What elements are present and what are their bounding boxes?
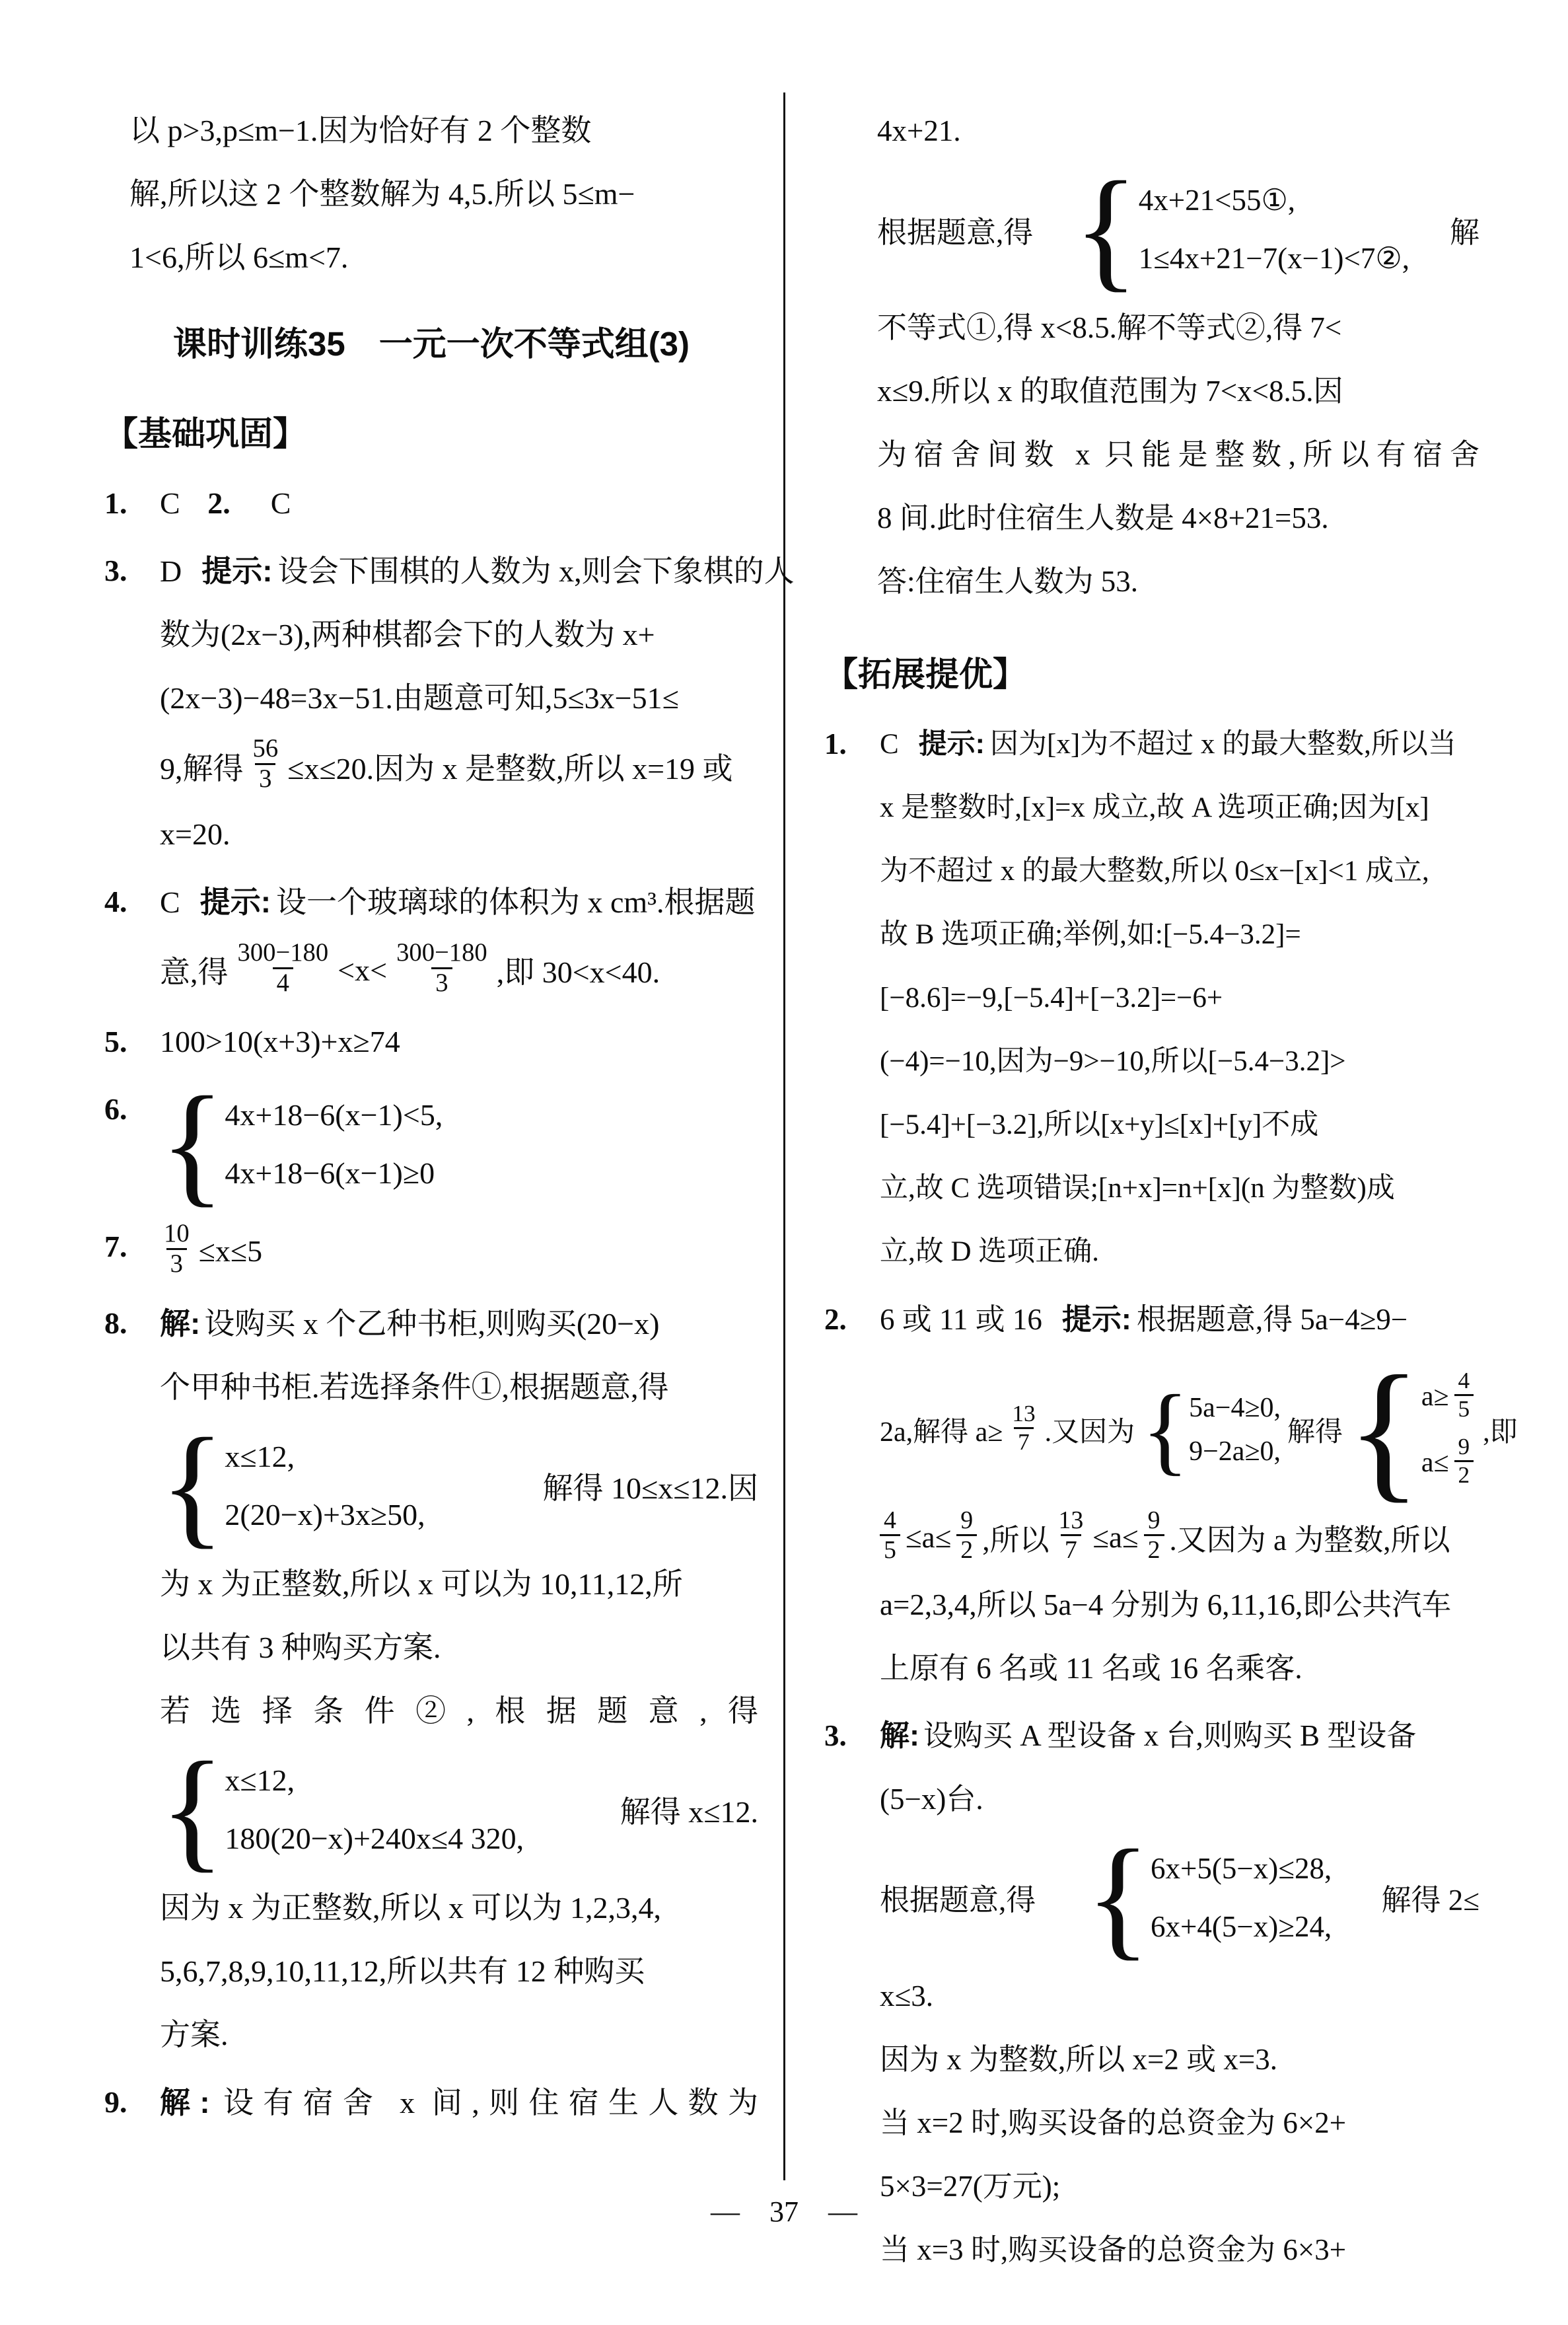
system-with-result: 根据题意,得 { 4x+21<55①, 1≤4x+21−7(x−1)<7②, 解 — [877, 168, 1479, 291]
system-row: 6x+4(5−x)≥24, — [1151, 1898, 1332, 1956]
result-text: 解得 10≤x≤12.因 — [543, 1464, 759, 1508]
item-body: 解:设购买 x 个乙种书柜,则购买(20−x) 个甲种书柜.若选择条件①,根据题… — [160, 1292, 758, 2067]
inequality-system: { 4x+21<55①, 1≤4x+21−7(x−1)<7②, — [1073, 168, 1409, 291]
text-line: x≤9.所以 x 的取值范围为 7<x<8.5.因 — [877, 359, 1479, 423]
inequality-system: { x≤12, 180(20−x)+240x≤4 320, — [160, 1748, 524, 1871]
result-text: 解 — [1450, 208, 1479, 251]
left-brace: { — [1347, 1359, 1421, 1500]
system-rows: 5a−4≥0, 9−2a≥0, — [1189, 1386, 1281, 1473]
text-line: x=20. — [160, 803, 758, 866]
item-number: 1. — [104, 472, 160, 535]
text-line: x≤3. — [880, 1964, 1479, 2028]
denominator: 2 — [956, 1534, 977, 1564]
text-line: x 是整数时,[x]=x 成立,故 A 选项正确;因为[x] — [880, 776, 1479, 840]
system-rows: a≥45 a≤92 — [1421, 1364, 1479, 1496]
item-number: 7. — [104, 1215, 160, 1278]
denominator: 2 — [1144, 1534, 1164, 1564]
item-body: C提示:设一个玻璃球的体积为 x cm³.根据题 意,得 300−1804 <x… — [160, 870, 758, 1007]
item-number: 3. — [824, 1704, 880, 1767]
numerator: 4 — [880, 1506, 900, 1534]
answer-item-4: 4. C提示:设一个玻璃球的体积为 x cm³.根据题 意,得 300−1804… — [104, 870, 758, 1007]
fraction: 92 — [1454, 1434, 1474, 1488]
text-segment: ,即 — [1483, 1410, 1518, 1450]
text-segment: .又因为 — [1045, 1410, 1135, 1450]
text-line: [−8.6]=−9,[−5.4]+[−3.2]=−6+ — [880, 967, 1479, 1030]
text-segment: 设有宿舍 x 间,则住宿生人数为 — [214, 2086, 758, 2120]
item-body: 6 或 11 或 16提示:根据题意,得 5a−4≥9− 2a,解得 a≥ 13… — [880, 1288, 1479, 1700]
math-line: 4x+21. — [877, 99, 1479, 163]
text-segment: <x< — [338, 953, 387, 988]
inequality-system: { x≤12, 2(20−x)+3x≥50, — [160, 1424, 425, 1547]
system-row: 4x+18−6(x−1)<5, — [225, 1086, 443, 1144]
column-divider — [783, 92, 785, 2180]
numerator: 9 — [1144, 1506, 1164, 1534]
carryover-paragraph: 以 p>3,p≤m−1.因为恰好有 2 个整数 解,所以这 2 个整数解为 4,… — [104, 99, 758, 289]
hint-text: 根据题意,得 5a−4≥9− — [1137, 1303, 1408, 1336]
numerator: 13 — [1054, 1506, 1087, 1534]
hint-label: 提示: — [1062, 1302, 1131, 1336]
system-row: 5a−4≥0, — [1189, 1386, 1281, 1430]
system-row: a≤92 — [1421, 1430, 1479, 1496]
text-segment: 2a,解得 a≥ — [880, 1410, 1003, 1450]
text-line: 因为 x 为正整数,所以 x 可以为 1,2,3,4, — [160, 1876, 758, 1940]
denominator: 3 — [431, 967, 452, 998]
math-line: 45 ≤a≤ 92 ,所以 137 ≤a≤ 92 .又因为 a 为整数,所以 — [880, 1508, 1479, 1567]
text-line: 数为(2x−3),两种棋都会下的人数为 x+ — [160, 603, 758, 667]
result-text: 解得 2≤ — [1382, 1876, 1479, 1919]
text-line: 解:设购买 A 型设备 x 台,则购买 B 型设备 — [880, 1704, 1479, 1767]
item-number: 2. — [207, 472, 263, 535]
solution-label: 解: — [880, 1718, 919, 1752]
math-line: 9,解得 563 ≤x≤20.因为 x 是整数,所以 x=19 或 — [160, 737, 758, 796]
text-line: 立,故 D 选项正确. — [880, 1220, 1479, 1284]
text-segment: 9,解得 — [160, 745, 244, 788]
fraction: 45 — [880, 1506, 900, 1565]
section-heading-advanced: 【拓展提优】 — [824, 646, 1479, 703]
system-row: 4x+21<55①, — [1139, 171, 1409, 229]
text-segment: 意,得 — [160, 948, 229, 992]
section-heading-basic: 【基础巩固】 — [104, 406, 758, 462]
text-line: 因为 x 为整数,所以 x=2 或 x=3. — [880, 2028, 1479, 2091]
item-9-continuation: 4x+21. 根据题意,得 { 4x+21<55①, 1≤4x+21−7(x−1… — [824, 99, 1479, 613]
answer-item-6: 6. { 4x+18−6(x−1)<5, 4x+18−6(x−1)≥0 — [104, 1078, 758, 1211]
text-segment: 解得 — [1287, 1410, 1343, 1450]
denominator: 5 — [880, 1534, 900, 1564]
inequality-system: { 6x+5(5−x)≤28, 6x+4(5−x)≥24, — [1086, 1836, 1332, 1959]
left-brace: { — [160, 1083, 225, 1206]
denominator: 7 — [1061, 1534, 1081, 1564]
text-line: 1<6,所以 6≤m<7. — [129, 226, 758, 289]
item-number: 6. — [104, 1078, 160, 1141]
text-segment: a≥ — [1421, 1364, 1449, 1430]
numerator: 56 — [249, 735, 283, 763]
denominator: 7 — [1014, 1427, 1034, 1456]
denominator: 5 — [1454, 1394, 1474, 1422]
answer-item-1-2: 1. C 2. C — [104, 472, 758, 535]
text-line: 当 x=2 时,购买设备的总资金为 6×2+ — [880, 2091, 1479, 2155]
system-row: 6x+5(5−x)≤28, — [1151, 1839, 1332, 1898]
numerator: 4 — [1454, 1368, 1474, 1394]
text-segment: 设购买 x 个乙种书柜,则购买(20−x) — [204, 1307, 659, 1341]
item-body: C提示:因为[x]为不超过 x 的最大整数,所以当 x 是整数时,[x]=x 成… — [880, 712, 1479, 1284]
item-number: 5. — [104, 1010, 160, 1074]
hint-text: 设会下围棋的人数为 x,则会下象棋的人 — [278, 554, 795, 588]
fraction: 563 — [249, 735, 283, 794]
text-segment: a≤ — [1421, 1430, 1449, 1496]
hint-text: 因为[x]为不超过 x 的最大整数,所以当 — [990, 729, 1456, 760]
text-line: C提示:因为[x]为不超过 x 的最大整数,所以当 — [880, 712, 1479, 776]
text-line: 若选择条件②,根据题意,得 — [160, 1679, 758, 1743]
left-brace: { — [1086, 1836, 1151, 1959]
text-line: 6 或 11 或 16提示:根据题意,得 5a−4≥9− — [880, 1288, 1479, 1351]
text-line: 立,故 C 选项错误;[n+x]=n+[x](n 为整数)成 — [880, 1157, 1479, 1220]
text-line: 个甲种书柜.若选择条件①,根据题意,得 — [160, 1356, 758, 1419]
fraction: 137 — [1008, 1401, 1039, 1455]
text-line: C提示:设一个玻璃球的体积为 x cm³.根据题 — [160, 870, 758, 934]
text-segment: ≤x≤20.因为 x 是整数,所以 x=19 或 — [287, 745, 732, 788]
numerator: 9 — [956, 1506, 977, 1534]
text-line: 解,所以这 2 个整数解为 4,5.所以 5≤m− — [129, 163, 758, 226]
item-body: { 4x+18−6(x−1)<5, 4x+18−6(x−1)≥0 — [160, 1083, 758, 1206]
system-with-result: { x≤12, 2(20−x)+3x≥50, 解得 10≤x≤12.因 — [160, 1424, 758, 1547]
answer-letter: C — [160, 486, 180, 520]
text-line: (2x−3)−48=3x−51.由题意可知,5≤3x−51≤ — [160, 667, 758, 730]
text-line: 解:设有宿舍 x 间,则住宿生人数为 — [160, 2071, 758, 2135]
item-number: 2. — [824, 1288, 880, 1351]
math-line: 100>10(x+3)+x≥74 — [160, 1010, 758, 1074]
answer-letter: D — [160, 554, 182, 588]
item-number: 3. — [104, 539, 160, 603]
answer-item-9: 9. 解:设有宿舍 x 间,则住宿生人数为 — [104, 2071, 758, 2135]
text-line: 为宿舍间数 x 只能是整数,所以有宿舍 — [877, 423, 1479, 486]
left-brace: { — [160, 1748, 225, 1871]
fraction: 137 — [1054, 1506, 1087, 1565]
right-column: 4x+21. 根据题意,得 { 4x+21<55①, 1≤4x+21−7(x−1… — [824, 99, 1479, 2285]
text-line: 以共有 3 种购买方案. — [160, 1616, 758, 1679]
page-number-footer: — 37 — — [0, 2195, 1568, 2229]
answer-item-8: 8. 解:设购买 x 个乙种书柜,则购买(20−x) 个甲种书柜.若选择条件①,… — [104, 1292, 758, 2067]
inequality-system: { 5a−4≥0, 9−2a≥0, — [1141, 1385, 1281, 1475]
item-number: 9. — [104, 2071, 160, 2134]
item-number: 1. — [824, 712, 880, 776]
text-segment: ≤a≤ — [1092, 1520, 1138, 1555]
numerator: 10 — [160, 1220, 194, 1248]
denominator: 4 — [273, 967, 293, 998]
lesson-title: 课时训练35 一元一次不等式组(3) — [104, 316, 758, 373]
fraction: 300−1804 — [234, 939, 333, 998]
text-segment: ,即 30<x<40. — [497, 948, 660, 992]
text-line: D提示:设会下围棋的人数为 x,则会下象棋的人 — [160, 539, 758, 603]
system-row: x≤12, — [225, 1752, 524, 1810]
advanced-item-1: 1. C提示:因为[x]为不超过 x 的最大整数,所以当 x 是整数时,[x]=… — [824, 712, 1479, 1284]
item-number: 4. — [104, 870, 160, 934]
system-rows: 6x+5(5−x)≤28, 6x+4(5−x)≥24, — [1151, 1839, 1332, 1956]
answer-item-7: 7. 103 ≤x≤5 — [104, 1215, 758, 1288]
fraction: 103 — [160, 1220, 194, 1279]
fraction: 300−1803 — [392, 939, 491, 998]
hint-label: 提示: — [201, 554, 272, 588]
system-row: 180(20−x)+240x≤4 320, — [225, 1810, 524, 1868]
answer-letter: C — [160, 885, 180, 919]
system-with-result: { x≤12, 180(20−x)+240x≤4 320, 解得 x≤12. — [160, 1748, 758, 1871]
text-line: 5,6,7,8,9,10,11,12,所以共有 12 种购买 — [160, 1940, 758, 2003]
answer-letter: C — [271, 486, 291, 520]
solution-label: 解: — [160, 1306, 200, 1341]
text-line: 上原有 6 名或 11 名或 16 名乘客. — [880, 1637, 1479, 1700]
text-line: 以 p>3,p≤m−1.因为恰好有 2 个整数 — [129, 99, 758, 163]
advanced-item-2: 2. 6 或 11 或 16提示:根据题意,得 5a−4≥9− 2a,解得 a≥… — [824, 1288, 1479, 1700]
inequality-system: { 4x+18−6(x−1)<5, 4x+18−6(x−1)≥0 — [160, 1083, 443, 1206]
math-line: 意,得 300−1804 <x< 300−1803 ,即 30<x<40. — [160, 941, 758, 1000]
hint-label: 提示: — [919, 728, 985, 760]
hint-label: 提示: — [200, 885, 271, 919]
text-segment: ,所以 — [982, 1516, 1049, 1559]
system-rows: x≤12, 180(20−x)+240x≤4 320, — [225, 1752, 524, 1868]
answer-statement: 答:住宿生人数为 53. — [877, 550, 1479, 613]
system-row: 9−2a≥0, — [1189, 1430, 1281, 1473]
denominator: 3 — [255, 763, 275, 793]
math-line-systems: 2a,解得 a≥ 137 .又因为 { 5a−4≥0, 9−2a≥0, 解得 { — [880, 1359, 1479, 1500]
item-body: C 2. C — [160, 472, 758, 535]
hint-text: 设一个玻璃球的体积为 x cm³.根据题 — [276, 885, 756, 919]
workbook-answer-page: 以 p>3,p≤m−1.因为恰好有 2 个整数 解,所以这 2 个整数解为 4,… — [0, 0, 1568, 2325]
system-row: x≤12, — [225, 1428, 425, 1486]
fraction: 92 — [956, 1506, 977, 1565]
lead-text: 根据题意,得 — [877, 208, 1033, 251]
text-line: [−5.4]+[−3.2],所以[x+y]≤[x]+[y]不成 — [880, 1093, 1479, 1157]
system-row: a≥45 — [1421, 1364, 1479, 1430]
left-column: 以 p>3,p≤m−1.因为恰好有 2 个整数 解,所以这 2 个整数解为 4,… — [104, 99, 758, 2139]
denominator: 2 — [1454, 1460, 1474, 1489]
system-rows: x≤12, 2(20−x)+3x≥50, — [225, 1428, 425, 1544]
text-line: (5−x)台. — [880, 1767, 1479, 1831]
system-row: 1≤4x+21−7(x−1)<7②, — [1139, 229, 1409, 287]
text-line: 不等式①,得 x<8.5.解不等式②,得 7< — [877, 296, 1479, 359]
fraction: 92 — [1144, 1506, 1164, 1565]
answer-letter: C — [880, 729, 899, 760]
text-segment: ≤a≤ — [906, 1520, 951, 1555]
text-line: 解:设购买 x 个乙种书柜,则购买(20−x) — [160, 1292, 758, 1356]
inequality-system: { a≥45 a≤92 — [1347, 1359, 1479, 1500]
answer-item-3: 3. D提示:设会下围棋的人数为 x,则会下象棋的人 数为(2x−3),两种棋都… — [104, 539, 758, 866]
lead-text: 根据题意,得 — [880, 1876, 1036, 1919]
text-segment: 设购买 A 型设备 x 台,则购买 B 型设备 — [923, 1719, 1416, 1752]
fraction: 45 — [1454, 1368, 1474, 1422]
left-brace: { — [160, 1424, 225, 1547]
left-brace: { — [1073, 168, 1138, 291]
text-line: 为不超过 x 的最大整数,所以 0≤x−[x]<1 成立, — [880, 840, 1479, 903]
result-text: 解得 x≤12. — [620, 1788, 758, 1831]
solution-label: 解: — [160, 2085, 210, 2120]
answer-value: 6 或 11 或 16 — [880, 1303, 1042, 1336]
left-brace: { — [1141, 1385, 1189, 1475]
answer-item-5: 5. 100>10(x+3)+x≥74 — [104, 1010, 758, 1074]
system-row: 4x+18−6(x−1)≥0 — [225, 1144, 443, 1202]
system-row: 2(20−x)+3x≥50, — [225, 1486, 425, 1544]
denominator: 3 — [166, 1248, 187, 1278]
system-rows: 4x+18−6(x−1)<5, 4x+18−6(x−1)≥0 — [225, 1086, 443, 1202]
item-number: 8. — [104, 1292, 160, 1355]
numerator: 13 — [1008, 1401, 1039, 1427]
numerator: 300−180 — [392, 939, 491, 967]
math-line: 103 ≤x≤5 — [160, 1222, 758, 1281]
text-segment: .又因为 a 为整数,所以 — [1170, 1516, 1450, 1559]
system-rows: 4x+21<55①, 1≤4x+21−7(x−1)<7②, — [1139, 171, 1409, 287]
item-body: D提示:设会下围棋的人数为 x,则会下象棋的人 数为(2x−3),两种棋都会下的… — [160, 539, 758, 866]
text-line: 为 x 为正整数,所以 x 可以为 10,11,12,所 — [160, 1553, 758, 1616]
text-line: 8 间.此时住宿生人数是 4×8+21=53. — [877, 486, 1479, 550]
text-line: a=2,3,4,所以 5a−4 分别为 6,11,16,即公共汽车 — [880, 1573, 1479, 1637]
text-line: (−4)=−10,因为−9>−10,所以[−5.4−3.2]> — [880, 1030, 1479, 1093]
system-with-result: 根据题意,得 { 6x+5(5−x)≤28, 6x+4(5−x)≥24, 解得 … — [880, 1836, 1479, 1959]
text-line: 故 B 选项正确;举例,如:[−5.4−3.2]= — [880, 903, 1479, 967]
text-segment: ≤x≤5 — [199, 1234, 263, 1269]
numerator: 300−180 — [234, 939, 333, 967]
text-line: 方案. — [160, 2003, 758, 2067]
numerator: 9 — [1454, 1434, 1474, 1460]
